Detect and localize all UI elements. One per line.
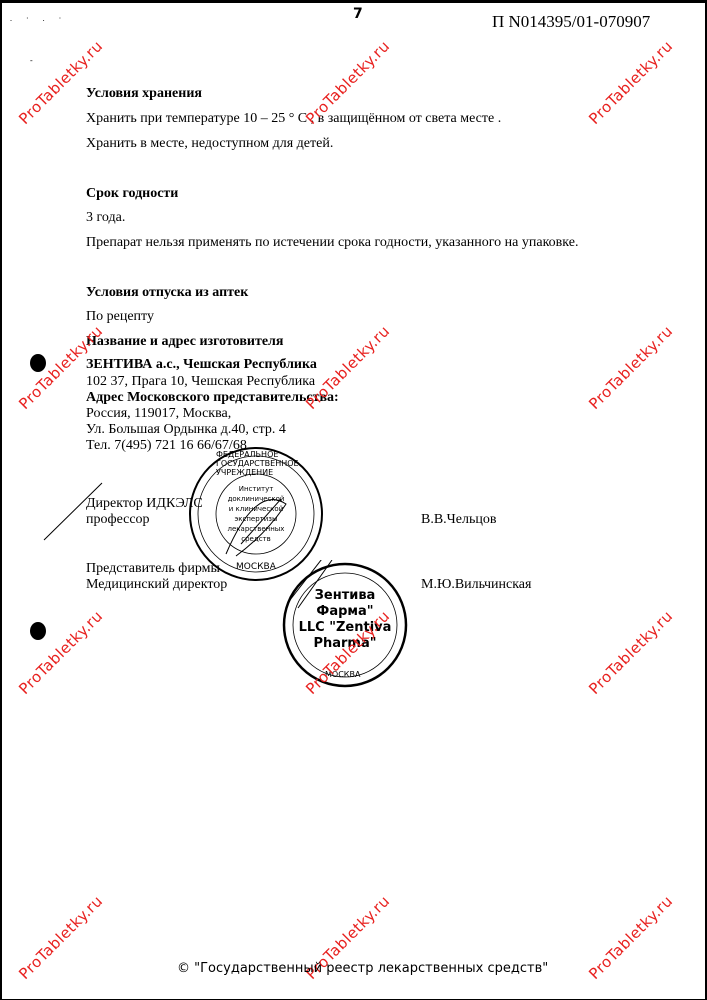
moscow-office-title: Адрес Московского представительства: [86, 390, 339, 406]
moscow-office-line-1: Россия, 119017, Москва, [86, 406, 231, 422]
storage-line-1: Хранить при температуре 10 – 25 ° С , в … [86, 111, 501, 127]
storage-title: Условия хранения [86, 86, 202, 102]
shelf-life-line-2: Препарат нельзя применять по истечении с… [86, 235, 578, 251]
stamp-ring-text: ФЕДЕРАЛЬНОЕ ГОСУДАРСТВЕННОЕ УЧРЕЖДЕНИЕ [216, 450, 326, 477]
manufacturer-company: ЗЕНТИВА а.с., Чешская Республика [86, 357, 317, 373]
stamp-center-line: Институт [226, 484, 286, 494]
dispensing-line-1: По рецепту [86, 309, 154, 325]
punch-hole [30, 354, 46, 372]
scan-speck: - [30, 56, 33, 65]
shelf-life-line-1: 3 года. [86, 210, 125, 226]
manufacturer-address: 102 37, Прага 10, Чешская Республика [86, 374, 315, 390]
stamp-city: МОСКВА [236, 562, 276, 572]
moscow-office-line-2: Ул. Большая Ордынка д.40, стр. 4 [86, 422, 286, 438]
stamp-line: Зентива [280, 588, 410, 604]
stamp-center-line: лекарственных [226, 524, 286, 534]
scan-specks: . · . · [10, 14, 67, 23]
punch-hole [30, 622, 46, 640]
document-number: П N014395/01-070907 [492, 12, 650, 32]
signer-1-title: профессор [86, 512, 150, 528]
dispensing-title: Условия отпуска из аптек [86, 285, 248, 301]
manufacturer-title: Название и адрес изготовителя [86, 334, 283, 350]
stamp-center-line: средств [226, 534, 286, 544]
company-stamp: Зентива Фарма" LLC "Zentiva Pharma" МОСК… [280, 560, 410, 690]
footer-copyright: © "Государственный реестр лекарственных … [177, 961, 548, 976]
stamp-center-text: Институт доклинической и клинической экс… [226, 484, 286, 544]
stamp-center-line: экспертизы [226, 514, 286, 524]
stamp-center-line: и клинической [226, 504, 286, 514]
stamp-center-line: доклинической [226, 494, 286, 504]
storage-line-2: Хранить в месте, недоступном для детей. [86, 136, 333, 152]
page-number: 7 [353, 6, 363, 22]
signer-1-name: В.В.Чельцов [421, 512, 496, 528]
shelf-life-title: Срок годности [86, 186, 178, 202]
signer-2-name: М.Ю.Вильчинская [421, 577, 531, 593]
